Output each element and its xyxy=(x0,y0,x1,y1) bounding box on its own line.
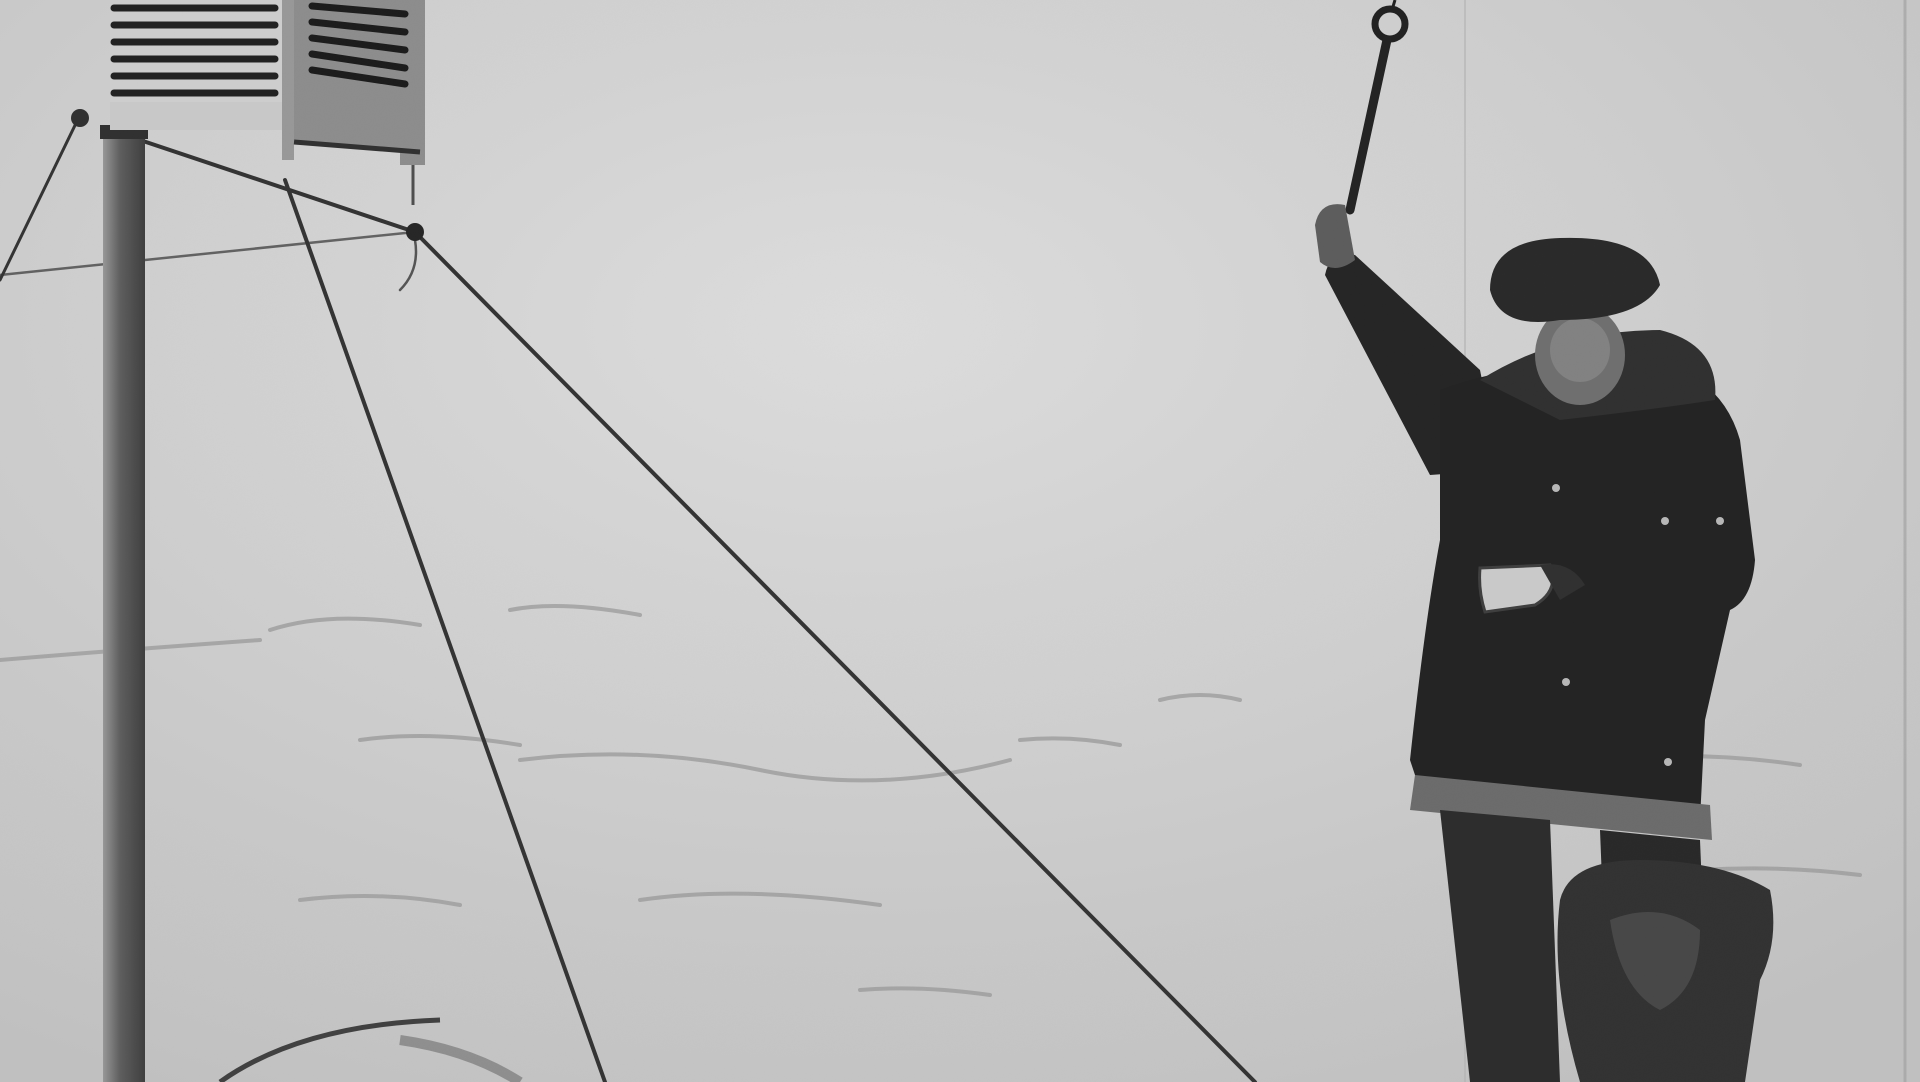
photograph xyxy=(0,0,1920,1082)
film-grain xyxy=(0,0,1920,1082)
